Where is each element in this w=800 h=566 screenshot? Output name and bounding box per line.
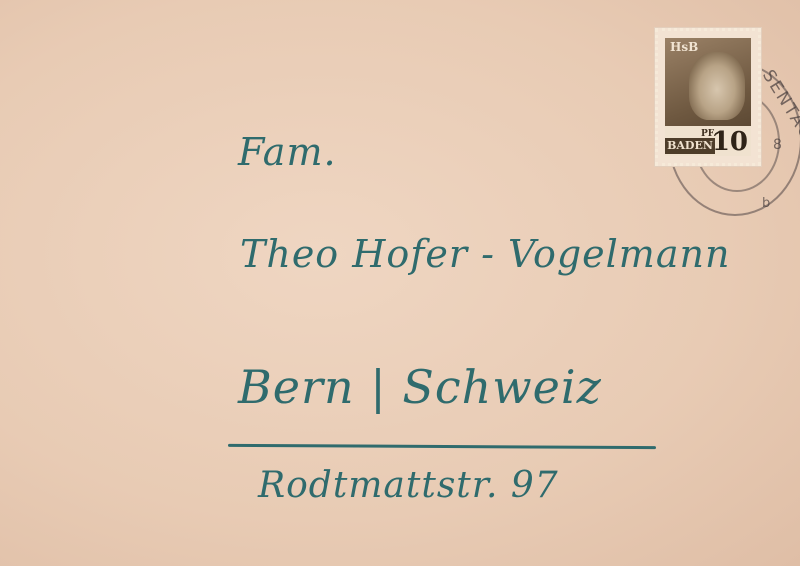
postage-stamp: HsB BADEN PF. 10 — [655, 28, 761, 166]
address-street: Rodtmattstr. 97 — [258, 465, 559, 506]
stamp-country: BADEN — [665, 138, 715, 154]
portrait-icon — [689, 52, 745, 120]
address-name: Theo Hofer - Vogelmann — [240, 232, 730, 276]
address-salutation: Fam. — [238, 130, 337, 174]
envelope: HsB BADEN PF. 10 SENTAC 8 b Fam. Theo Ho… — [0, 0, 800, 566]
stamp-monogram: HsB — [670, 40, 698, 54]
city-underline — [228, 444, 656, 449]
postmark-letter: b — [762, 196, 770, 211]
stamp-value-band: BADEN PF. 10 — [665, 126, 751, 156]
address-city: Bern | Schweiz — [238, 360, 602, 414]
postmark-digit: 8 — [773, 137, 782, 153]
stamp-value: 10 — [712, 128, 748, 156]
stamp-image: HsB BADEN PF. 10 — [665, 38, 751, 156]
